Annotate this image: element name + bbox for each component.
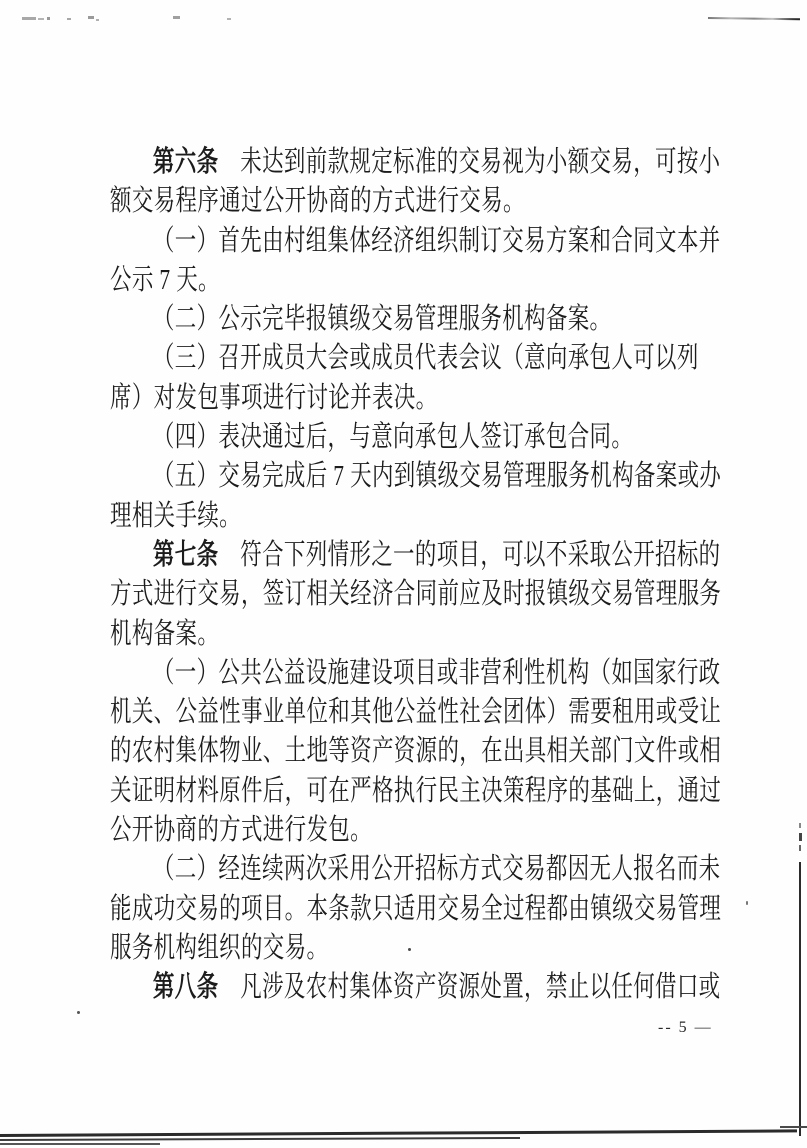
- line-text: 公开协商的方式进行发包。: [110, 814, 372, 846]
- line-text: （五）交易完成后 7 天内到镇级交易管理服务机构备案或办: [153, 460, 721, 492]
- line-text: 公示 7 天。: [110, 264, 220, 296]
- line-text: （一）公共公益设施建设项目或非营利性机构（如国家行政: [153, 657, 721, 689]
- text-line: 机构备案。: [110, 615, 776, 654]
- text-line: （一）首先由村组集体经济组织制订交易方案和合同文本并: [110, 222, 776, 261]
- text-line: 公开协商的方式进行发包。: [110, 811, 776, 850]
- scanned-document-page: 第六条 未达到前款规定标准的交易视为小额交易，可按小 额交易程序通过公开协商的方…: [0, 0, 807, 1148]
- text-line: 方式进行交易，签订相关经济合同前应及时报镇级交易管理服务: [110, 575, 776, 614]
- scan-smudge: [88, 16, 94, 19]
- text-line: （二）经连续两次采用公开招标方式交易都因无人报名而未: [110, 850, 776, 889]
- line-text: 的农村集体物业、土地等资产资源的，在出具相关部门文件或相: [110, 735, 721, 767]
- line-text: 机关、公益性事业单位和其他公益性社会团体）需要租用或受让: [110, 696, 721, 728]
- scan-smudge: [227, 18, 231, 20]
- text-line: 第六条 未达到前款规定标准的交易视为小额交易，可按小: [110, 143, 776, 182]
- scan-speck: [408, 948, 411, 951]
- line-text: 能成功交易的项目。本条款只适用交易全过程都由镇级交易管理: [110, 893, 721, 925]
- line-text: 方式进行交易，签订相关经济合同前应及时报镇级交易管理服务: [110, 578, 721, 610]
- scan-speck: [77, 1011, 80, 1014]
- scan-smudge: [38, 18, 44, 20]
- text-line: （四）表决通过后，与意向承包人签订承包合同。: [110, 418, 776, 457]
- scan-speck: [746, 901, 748, 905]
- text-line: 额交易程序通过公开协商的方式进行交易。: [110, 182, 776, 221]
- line-text: 凡涉及农村集体资产资源处置，禁止以任何借口或: [218, 971, 720, 1003]
- scan-line-right: [799, 833, 802, 841]
- line-text: 理相关手续。: [110, 500, 241, 532]
- line-text: （二）公示完毕报镇级交易管理服务机构备案。: [153, 303, 611, 335]
- scan-speck: [524, 557, 526, 559]
- scan-line-right: [799, 862, 801, 1136]
- text-line: （一）公共公益设施建设项目或非营利性机构（如国家行政: [110, 654, 776, 693]
- line-text: 关证明材料原件后，可在严格执行民主决策程序的基础上，通过: [110, 775, 721, 807]
- text-line: 机关、公益性事业单位和其他公益性社会团体）需要租用或受让: [110, 693, 776, 732]
- text-line: （三）召开成员大会或成员代表会议（意向承包人可以列: [110, 339, 776, 378]
- scan-smudge: [96, 19, 99, 21]
- scan-line-right: [799, 823, 801, 828]
- line-text: （三）召开成员大会或成员代表会议（意向承包人可以列: [153, 342, 699, 374]
- scan-line-bottom: [780, 1126, 807, 1128]
- article-number: 第八条: [153, 971, 219, 1003]
- scan-line-bottom: [0, 1143, 160, 1145]
- scan-smudge: [173, 16, 180, 19]
- page-number: -- 5 —: [658, 1019, 713, 1037]
- scan-line-bottom: [0, 1129, 797, 1137]
- text-line: 的农村集体物业、土地等资产资源的，在出具相关部门文件或相: [110, 732, 776, 771]
- line-text: 未达到前款规定标准的交易视为小额交易，可按小: [218, 146, 720, 178]
- text-line: 能成功交易的项目。本条款只适用交易全过程都由镇级交易管理: [110, 890, 776, 929]
- document-body: 第六条 未达到前款规定标准的交易视为小额交易，可按小 额交易程序通过公开协商的方…: [110, 143, 776, 1008]
- line-text: （一）首先由村组集体经济组织制订交易方案和合同文本并: [153, 225, 721, 257]
- scan-smudge: [47, 17, 50, 20]
- line-text: 服务机构组织的交易。: [110, 932, 328, 964]
- line-text: 符合下列情形之一的项目，可以不采取公开招标的: [218, 539, 720, 571]
- text-line: 第七条 符合下列情形之一的项目，可以不采取公开招标的: [110, 536, 776, 575]
- line-text: 额交易程序通过公开协商的方式进行交易。: [110, 185, 525, 217]
- article-number: 第六条: [153, 146, 219, 178]
- line-text: （四）表决通过后，与意向承包人签订承包合同。: [153, 421, 633, 453]
- scan-smudge: [22, 17, 36, 20]
- line-text: 席）对发包事项进行讨论并表决。: [110, 382, 437, 414]
- text-line: 席）对发包事项进行讨论并表决。: [110, 379, 776, 418]
- scan-line-bottom: [0, 1137, 520, 1141]
- text-line: 关证明材料原件后，可在严格执行民主决策程序的基础上，通过: [110, 772, 776, 811]
- text-line: 服务机构组织的交易。: [110, 929, 776, 968]
- text-line: 理相关手续。: [110, 497, 776, 536]
- line-text: 机构备案。: [110, 618, 219, 650]
- scan-line-right: [799, 845, 801, 851]
- scan-smudge: [67, 18, 71, 20]
- line-text: （二）经连续两次采用公开招标方式交易都因无人报名而未: [153, 853, 721, 885]
- text-line: 第八条 凡涉及农村集体资产资源处置，禁止以任何借口或: [110, 968, 776, 1007]
- article-number: 第七条: [153, 539, 219, 571]
- text-line: （二）公示完毕报镇级交易管理服务机构备案。: [110, 300, 776, 339]
- text-line: 公示 7 天。: [110, 261, 776, 300]
- text-line: （五）交易完成后 7 天内到镇级交易管理服务机构备案或办: [110, 457, 776, 496]
- scan-line-top-right: [708, 17, 800, 20]
